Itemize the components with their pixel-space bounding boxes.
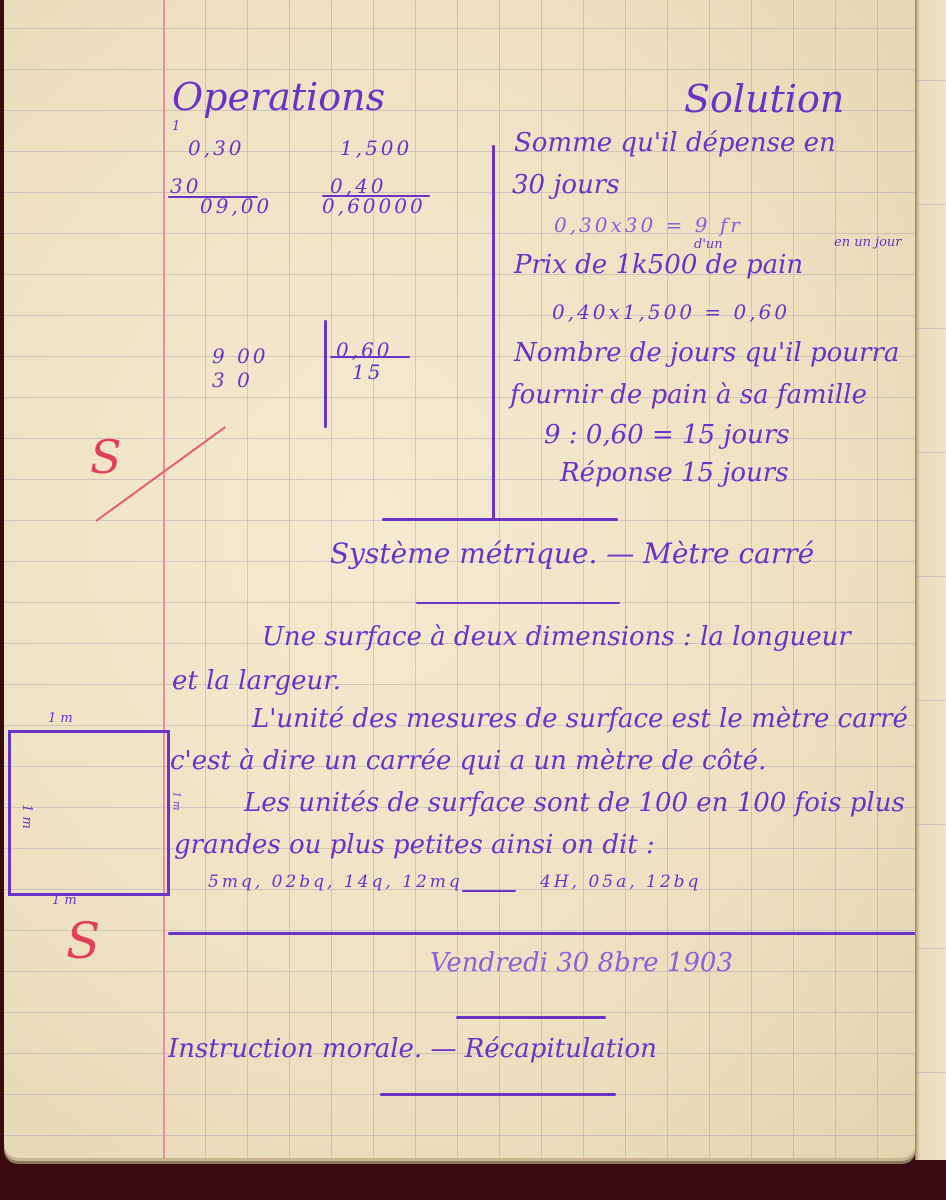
superscript-en-un-jour: en un jour (834, 236, 902, 249)
mult1-b: 30 (170, 176, 201, 196)
mult2-a: 1,500 (340, 138, 412, 158)
solution-line-2: 30 jours (512, 172, 620, 198)
mult2-result: 0,60000 (322, 196, 426, 216)
next-page-edge (915, 0, 946, 1160)
division-bar (324, 320, 327, 428)
next-lesson-heading: Instruction morale. — Récapitulation (168, 1036, 657, 1062)
diagram-label-bottom: 1 m (52, 894, 77, 907)
division-remainder: 3 0 (212, 370, 253, 390)
date-line: Vendredi 30 8bre 1903 (430, 950, 733, 976)
grade-mark: S (90, 430, 122, 484)
metric-heading-rule (416, 602, 620, 604)
solution-line-3: 0,30x30 = 9 fr (554, 215, 743, 235)
metric-examples-left: 5mq, 02bq, 14q, 12mq (208, 874, 463, 891)
division-rule (330, 356, 410, 358)
metric-paragraph-6: grandes ou plus petites ainsi on dit : (174, 832, 655, 858)
solution-heading: Solution (684, 80, 844, 118)
diagram-label-top: 1 m (48, 712, 73, 725)
metric-paragraph-2: et la largeur. (172, 668, 341, 694)
second-grade-mark: S (66, 912, 100, 970)
metric-examples-right: 4H, 05a, 12bq (540, 874, 701, 891)
superscript-dun: d'un (694, 238, 723, 251)
solution-line-7: fournir de pain à sa famille (510, 382, 867, 408)
mult2-b: 0,40 (330, 176, 387, 196)
solution-line-6: Nombre de jours qu'il pourra (514, 340, 899, 366)
date-rule (456, 1016, 606, 1019)
solution-line-8: 9 : 0,60 = 15 jours (544, 422, 790, 448)
grid-horizontal-lines (4, 0, 916, 1158)
metric-paragraph-3: L'unité des mesures de surface est le mè… (252, 706, 908, 732)
solution-line-1: Somme qu'il dépense en (514, 130, 836, 156)
notebook-page: Operations 1 0,30 30 09,00 1,500 0,40 0,… (4, 0, 916, 1158)
mult1-result: 09,00 (200, 196, 272, 216)
metric-paragraph-5: Les unités de surface sont de 100 en 100… (244, 790, 905, 816)
solution-bottom-rule (382, 518, 618, 521)
tick-mark: 1 (172, 120, 180, 133)
division-quotient: 15 (352, 362, 383, 382)
metric-paragraph-1: Une surface à deux dimensions : la longu… (262, 624, 851, 650)
diagram-label-right: 1 m (171, 791, 181, 810)
division-dividend: 9 00 (212, 346, 269, 366)
mult1-a: 0,30 (188, 138, 245, 158)
operations-heading: Operations (172, 78, 385, 116)
solution-answer: Réponse 15 jours (560, 460, 789, 486)
metric-paragraph-4: c'est à dire un carrée qui a un mètre de… (170, 748, 766, 774)
section-divider-rule (168, 932, 916, 935)
red-margin-line (163, 0, 165, 1158)
metric-heading: Système métrique. — Mètre carré (330, 540, 814, 568)
examples-dash (462, 890, 516, 892)
diagram-label-left: 1 m (20, 804, 33, 829)
solution-line-4: Prix de 1k500 de pain (514, 252, 803, 278)
solution-line-5: 0,40x1,500 = 0,60 (552, 302, 790, 322)
solution-divider (492, 145, 495, 521)
next-lesson-rule (380, 1093, 616, 1096)
